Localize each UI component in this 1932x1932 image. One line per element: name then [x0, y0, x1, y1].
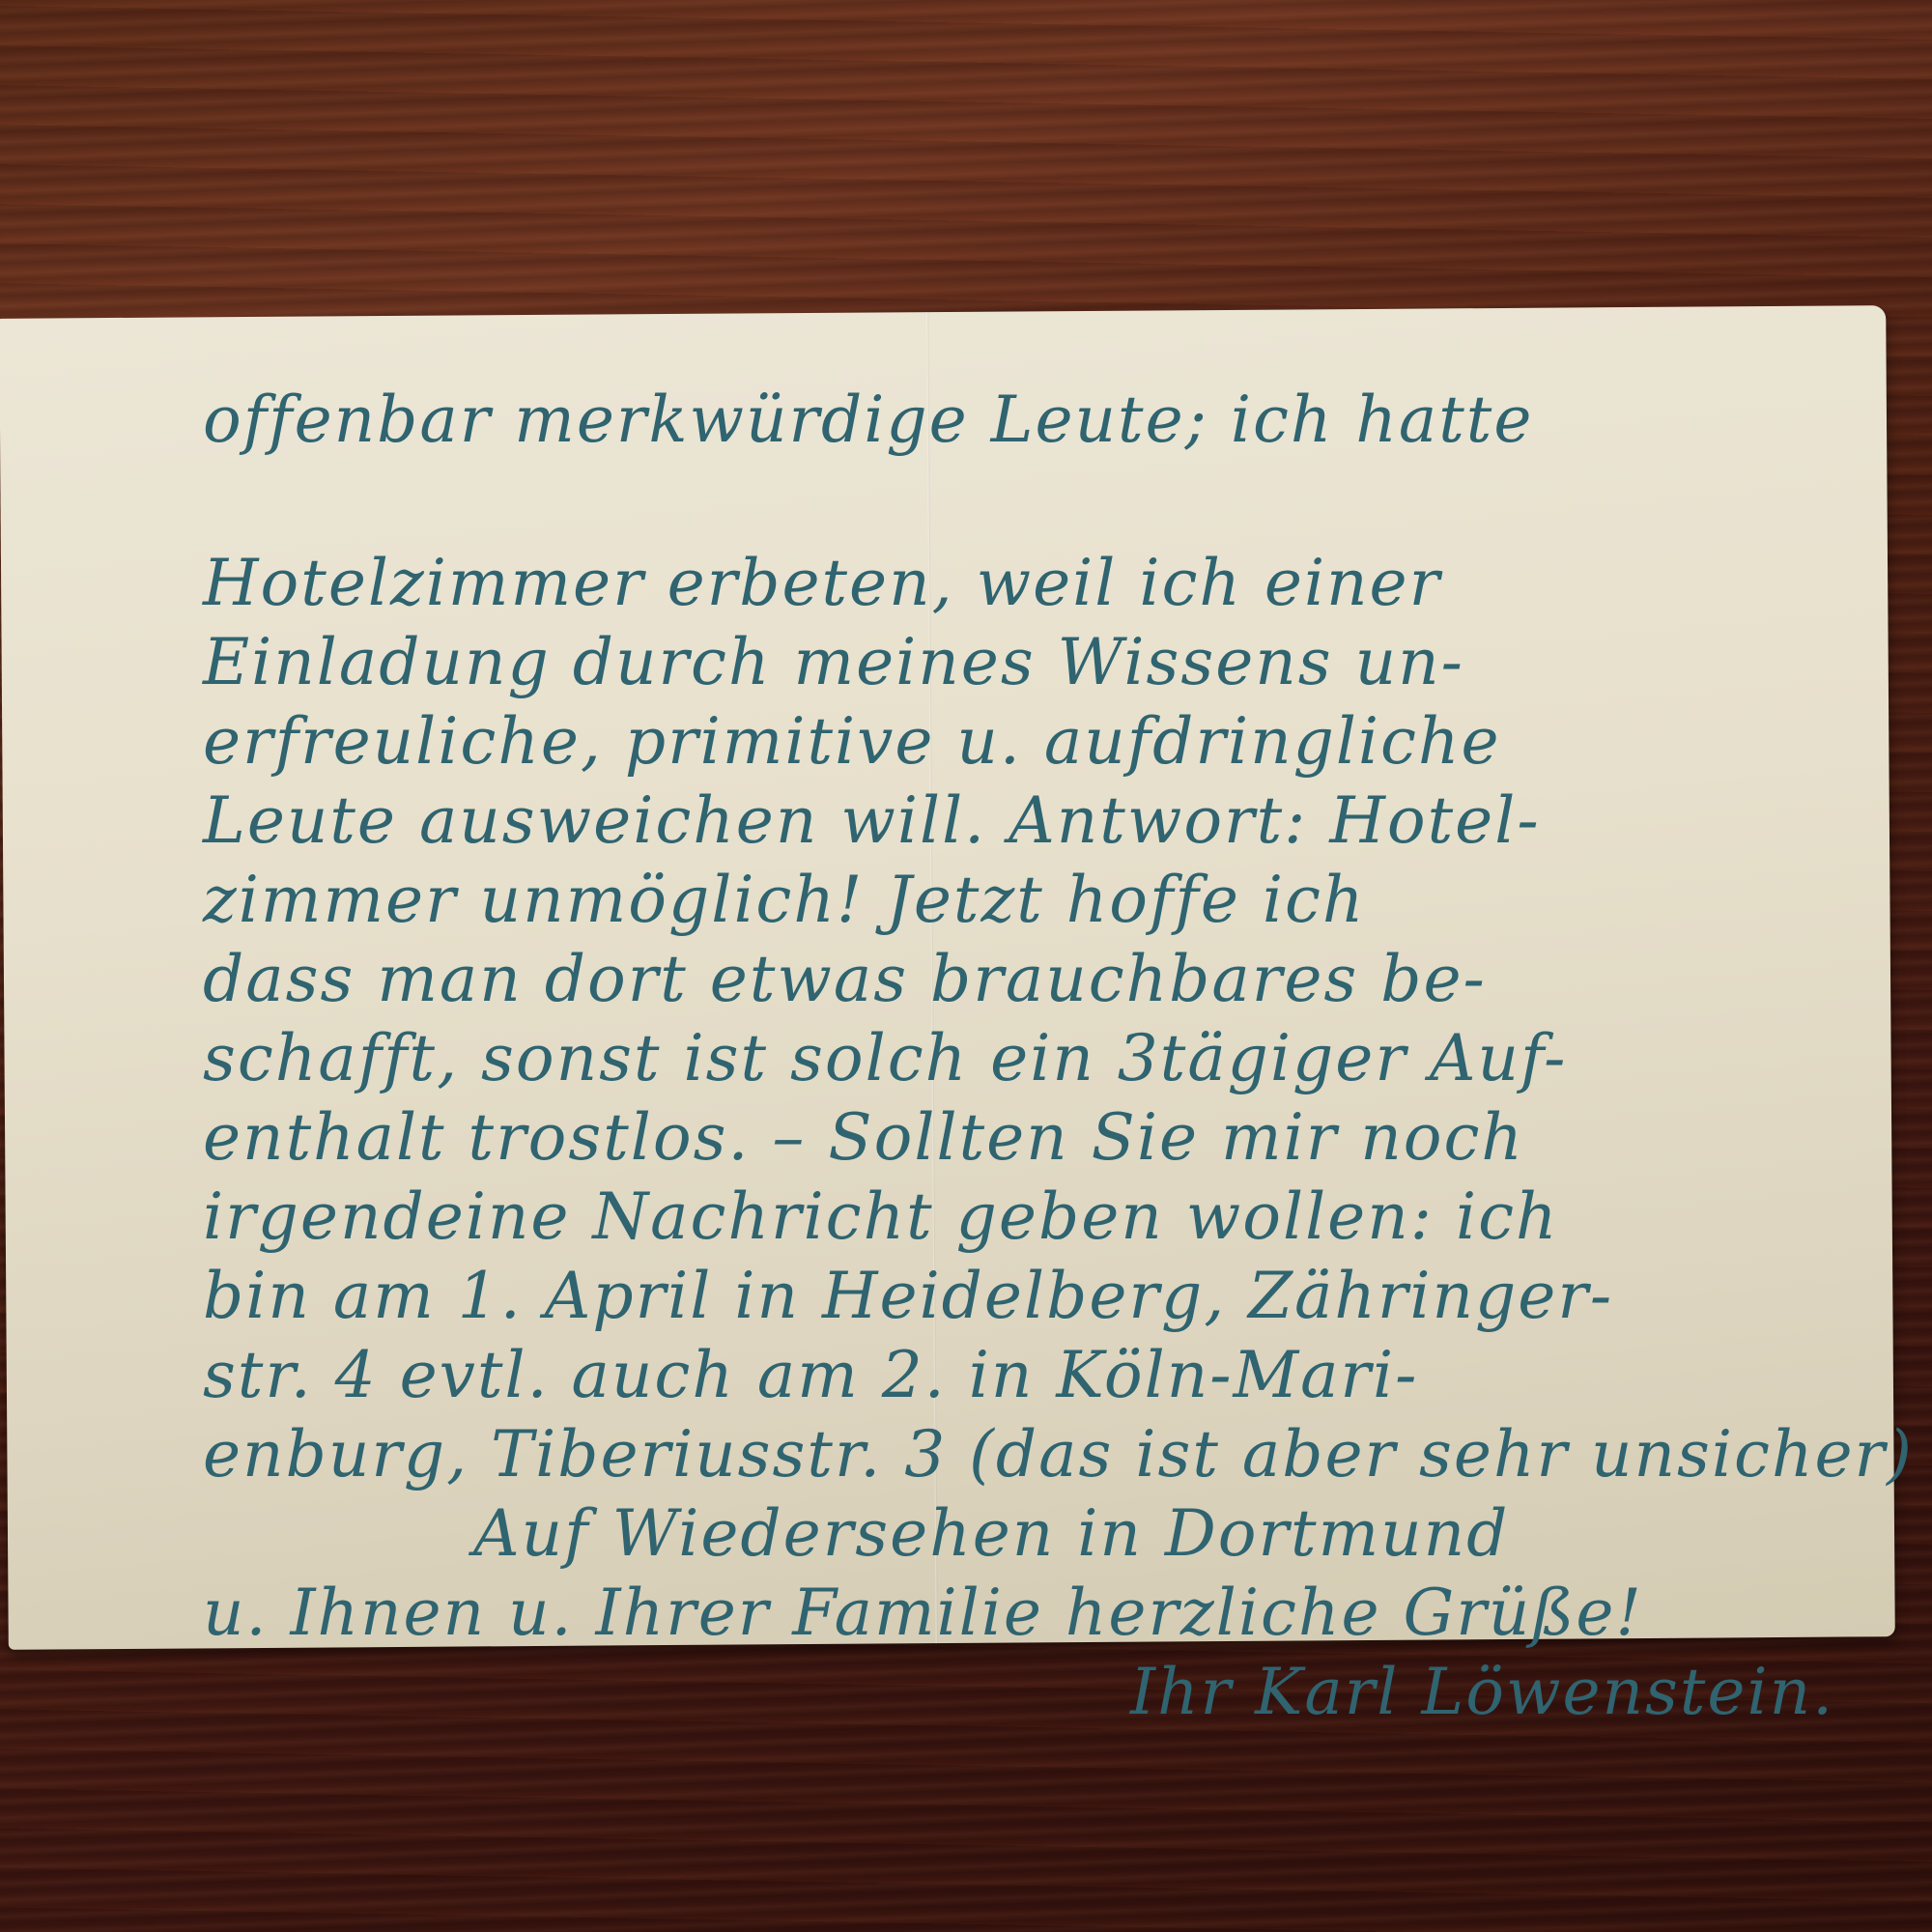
letter-line-13: enburg, Tiberiusstr. 3 (das ist aber seh…	[203, 1406, 1884, 1486]
letter-line-3: Einladung durch meines Wissens un-	[203, 614, 1884, 694]
letter-line-4: erfreuliche, primitive u. aufdringliche	[203, 694, 1884, 773]
letter-line-7: dass man dort etwas brauchbares be-	[203, 931, 1884, 1010]
letter-line-9: enthalt trostlos. – Sollten Sie mir noch	[203, 1090, 1884, 1169]
closing-greeting: u. Ihnen u. Ihrer Familie herzliche Grüß…	[203, 1565, 1884, 1644]
signature: Ihr Karl Löwenstein.	[203, 1644, 1884, 1723]
handwritten-letter-body: offenbar merkwürdige Leute; ich hatte Ho…	[203, 372, 1884, 1723]
letter-line-11: bin am 1. April in Heidelberg, Zähringer…	[203, 1248, 1884, 1327]
letter-line-12: str. 4 evtl. auch am 2. in Köln-Mari-	[203, 1327, 1884, 1406]
letter-line-5: Leute ausweichen will. Antwort: Hotel-	[203, 773, 1884, 852]
letter-line-1: offenbar merkwürdige Leute; ich hatte	[203, 372, 1884, 535]
letter-line-8: schafft, sonst ist solch ein 3tägiger Au…	[203, 1010, 1884, 1090]
closing-farewell: Auf Wiedersehen in Dortmund	[203, 1486, 1884, 1565]
letter-line-10: irgendeine Nachricht geben wollen: ich	[203, 1169, 1884, 1248]
letter-line-2: Hotelzimmer erbeten, weil ich einer	[203, 535, 1884, 614]
letter-line-6: zimmer unmöglich! Jetzt hoffe ich	[203, 852, 1884, 931]
